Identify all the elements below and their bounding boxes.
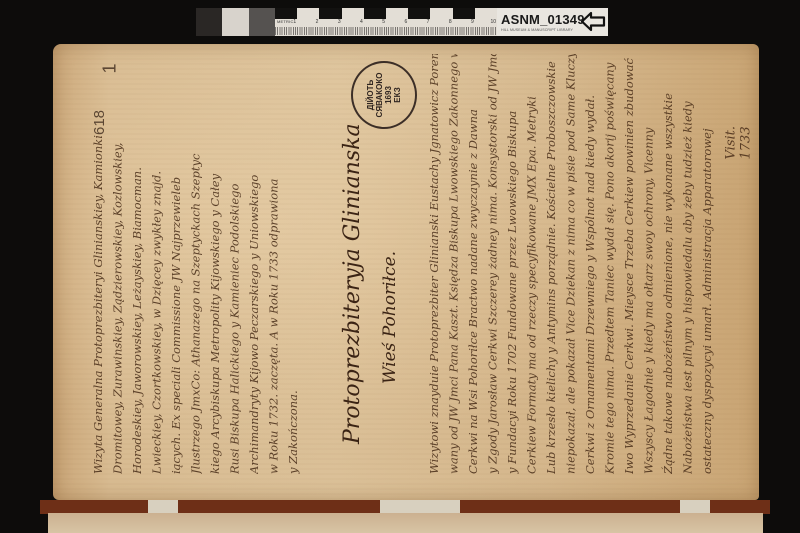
library-stamp: ДІЙОТЬ СЯВАКОКО 1693 ЕКЗ (351, 61, 417, 129)
text-line: Lwieckiey, Czortkowskiey, w Dzięcey zwyk… (148, 54, 168, 474)
photo-background: 1 2 3 4 5 6 7 8 9 10 METRIC ASNM_01349 H… (0, 0, 800, 533)
ruler-blocks (275, 8, 497, 19)
ruler-number: 8 (430, 19, 452, 25)
binding-gap (148, 500, 178, 514)
title-main: Protoprezbiteryja Glinianska (333, 84, 373, 444)
left-text-column: Wizyta Generalna Protoprezbiteryi Glinia… (89, 54, 329, 474)
text-line: kiego Arcybiskupa Metropolity Kijowskieg… (206, 54, 226, 474)
gray-swatch-mid (249, 8, 275, 36)
text-line: Cerkwi na Wsi Pohoriłce Bractwo nadane z… (464, 54, 484, 474)
calibration-target: 1 2 3 4 5 6 7 8 9 10 METRIC ASNM_01349 H… (196, 8, 608, 36)
binding-gap (680, 500, 710, 514)
text-line: y Zgody Jarosław Cerkwi Szczerey żadney … (484, 54, 504, 474)
text-line: wany od JW Jmci Pana Kaszt. Księdza Bisk… (445, 54, 465, 474)
text-line: Lub krzesło kielichy y Antymins porządni… (542, 54, 562, 474)
book-spine-binding (40, 500, 770, 514)
text-line: Dromitowey, Zurawinskiey, Ządzierowskiey… (109, 54, 129, 474)
text-line: iących. Ex speciali Commissione JW Najpr… (167, 54, 187, 474)
metric-ruler: 1 2 3 4 5 6 7 8 9 10 METRIC (275, 8, 497, 36)
ruler-number: 10 (475, 19, 497, 25)
text-line: Horodeskiey, Jaworowskiey, Leżayskiey, B… (128, 54, 148, 474)
ruler-ticks (275, 27, 497, 35)
text-line: niepokazał, ale pokazał Vice Dziekan z n… (562, 54, 582, 474)
gray-swatch-light (222, 8, 249, 36)
ruler-number: 4 (342, 19, 364, 25)
manuscript-page: 1 618 Wizyta Generalna Protoprezbiteryi … (53, 44, 759, 500)
binding-gap (380, 500, 460, 514)
gray-swatch-dark (196, 8, 222, 36)
text-line: Nabożeństwa iest pilnym y hispowiedalu a… (679, 54, 699, 474)
text-line: Wizyta Generalna Protoprezbiteryi Glinia… (89, 54, 109, 474)
text-line: Archimandryty Kijowo Peczarskiego y Unio… (245, 54, 265, 474)
right-text-column: Wizytowi znayduie Protoprezbiter Glinian… (425, 54, 715, 474)
ruler-numbers: 1 2 3 4 5 6 7 8 9 10 (275, 19, 497, 25)
page-number: 1 (100, 63, 121, 73)
text-line: Cerkiew Formaty ma od rzeczy specyfikowa… (523, 54, 543, 474)
signature: Visit. 1733 (724, 119, 754, 160)
ruler-number: 3 (319, 19, 341, 25)
ruler-number: 2 (297, 19, 319, 25)
text-line: Cerkwi z Ornamentami Drzewniego y Wspóln… (581, 54, 601, 474)
text-line: Kromie tego nima. Przedtem Taniec wydał … (601, 54, 621, 474)
facing-page-edge (48, 513, 763, 533)
folio-number: 618 (91, 110, 108, 135)
text-line: y Fundacyi Roku 1702 Fundowane przez Lwo… (503, 54, 523, 474)
stamp-text: ДІЙОТЬ СЯВАКОКО 1693 ЕКЗ (366, 73, 402, 118)
text-line: ostateczny dyspozycyi umarł. Administrac… (698, 54, 715, 474)
ruler-number: 9 (453, 19, 475, 25)
text-line: w Roku 1732. zaczęta. A w Roku 1733 odpr… (265, 54, 285, 474)
ruler-label: METRIC (277, 19, 294, 24)
text-line: Wszyscy Łagodnie y kiedy ma ołtarz swoy … (640, 54, 660, 474)
text-line: Jlustrzego JmxCo: Athanazego na Szeptyck… (187, 54, 207, 474)
title-subtitle: Wieś Pohoriłce. (373, 84, 407, 444)
text-line: y Zakończona. (284, 54, 304, 474)
ruler-number: 6 (386, 19, 408, 25)
text-line: Rusi Biskupa Halickiego y Kamieniec Podo… (226, 54, 246, 474)
text-line: Źądne takowe nabożeństwo odmienione, nie… (659, 54, 679, 474)
ruler-number: 7 (408, 19, 430, 25)
ruler-number: 5 (364, 19, 386, 25)
shelfmark-panel: ASNM_01349 HILL MUSEUM & MANUSCRIPT LIBR… (497, 8, 608, 36)
section-title: Protoprezbiteryja Glinianska Wieś Pohori… (333, 84, 413, 444)
text-line: Wizytowi znayduie Protoprezbiter Glinian… (425, 54, 445, 474)
left-arrow-icon (580, 11, 606, 32)
text-line: Iwo Wyprzedanie Cerkwi. Mieysce Trzeba C… (620, 54, 640, 474)
